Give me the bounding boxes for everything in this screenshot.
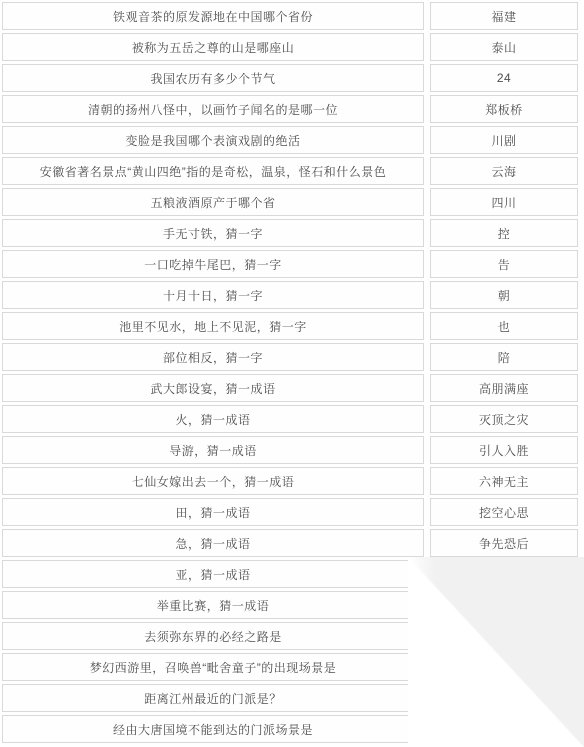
table-row: 田，猜一成语 挖空心思: [2, 498, 582, 526]
answer-cell: 引人入胜: [430, 436, 578, 464]
question-cell: 距离江州最近的门派是？: [2, 684, 424, 712]
question-text: 部位相反，猜一字: [163, 349, 263, 366]
table-row: 铁观音茶的原发源地在中国哪个省份 福建: [2, 2, 582, 30]
table-row: 变脸是我国哪个表演戏剧的绝活 川剧: [2, 126, 582, 154]
table-row: 一口吃掉牛尾巴，猜一字 告: [2, 250, 582, 278]
question-cell: 部位相反，猜一字: [2, 343, 424, 371]
table-row: 急，猜一成语 争先恐后: [2, 529, 582, 557]
answer-cell: 四川: [430, 188, 578, 216]
answer-text: 告: [498, 256, 511, 273]
answer-text: 川剧: [491, 132, 516, 149]
question-cell: 经由大唐国境不能到达的门派场景是: [2, 715, 424, 743]
answer-text: 云海: [491, 163, 516, 180]
question-text: 五粮液酒原产于哪个省: [150, 194, 275, 211]
question-text: 池里不见水，地上不见泥，猜一字: [119, 318, 307, 335]
table-row: 被称为五岳之尊的山是哪座山 泰山: [2, 33, 582, 61]
answer-text: 陪: [498, 349, 511, 366]
answer-text: 四川: [491, 194, 516, 211]
answer-text: 郑板桥: [485, 101, 523, 118]
answer-cell: 朝: [430, 281, 578, 309]
table-row: 池里不见水，地上不见泥，猜一字 也: [2, 312, 582, 340]
answer-cell: 告: [430, 250, 578, 278]
answer-text: 引人入胜: [479, 442, 529, 459]
question-text: 十月十日，猜一字: [163, 287, 263, 304]
table-row: 我国农历有多少个节气 24: [2, 64, 582, 92]
question-text: 被称为五岳之尊的山是哪座山: [132, 39, 295, 56]
question-text: 变脸是我国哪个表演戏剧的绝活: [125, 132, 300, 149]
question-text: 梦幻西游里，召唤兽“毗舍童子”的出现场景是: [90, 659, 337, 676]
answer-text: 朝: [498, 287, 511, 304]
question-text: 导游，猜一成语: [169, 442, 257, 459]
answer-text: 福建: [491, 8, 516, 25]
question-text: 距离江州最近的门派是？: [144, 690, 282, 707]
answer-cell: 挖空心思: [430, 498, 578, 526]
table-row: 武大郎设宴，猜一成语 高朋满座: [2, 374, 582, 402]
question-cell: 导游，猜一成语: [2, 436, 424, 464]
question-cell: 急，猜一成语: [2, 529, 424, 557]
answer-text: 控: [498, 225, 511, 242]
question-cell: 亚，猜一成语: [2, 560, 424, 588]
answer-cell: 福建: [430, 2, 578, 30]
answer-text: 灭顶之灾: [479, 411, 529, 428]
question-cell: 七仙女嫁出去一个，猜一成语: [2, 467, 424, 495]
question-cell: 我国农历有多少个节气: [2, 64, 424, 92]
question-text: 手无寸铁，猜一字: [163, 225, 263, 242]
answer-cell: 郑板桥: [430, 95, 578, 123]
answer-cell: 争先恐后: [430, 529, 578, 557]
question-text: 铁观音茶的原发源地在中国哪个省份: [113, 8, 313, 25]
answer-cell: 川剧: [430, 126, 578, 154]
question-cell: 一口吃掉牛尾巴，猜一字: [2, 250, 424, 278]
question-cell: 十月十日，猜一字: [2, 281, 424, 309]
answer-text: 泰山: [491, 39, 516, 56]
answer-cell: 陪: [430, 343, 578, 371]
question-text: 亚，猜一成语: [175, 566, 250, 583]
watermark-overlay: [408, 557, 584, 747]
table-row: 导游，猜一成语 引人入胜: [2, 436, 582, 464]
question-text: 七仙女嫁出去一个，猜一成语: [132, 473, 295, 490]
question-cell: 去须弥东界的必经之路是: [2, 622, 424, 650]
question-cell: 池里不见水，地上不见泥，猜一字: [2, 312, 424, 340]
table-row: 五粮液酒原产于哪个省 四川: [2, 188, 582, 216]
question-text: 清朝的扬州八怪中，以画竹子闻名的是哪一位: [88, 101, 338, 118]
question-text: 急，猜一成语: [175, 535, 250, 552]
answer-text: 也: [498, 318, 511, 335]
question-text: 武大郎设宴，猜一成语: [150, 380, 275, 397]
answer-text: 争先恐后: [479, 535, 529, 552]
question-cell: 武大郎设宴，猜一成语: [2, 374, 424, 402]
question-cell: 举重比赛，猜一成语: [2, 591, 424, 619]
answer-cell: 高朋满座: [430, 374, 578, 402]
question-cell: 田，猜一成语: [2, 498, 424, 526]
answer-cell: 24: [430, 64, 578, 92]
question-cell: 铁观音茶的原发源地在中国哪个省份: [2, 2, 424, 30]
table-row: 清朝的扬州八怪中，以画竹子闻名的是哪一位 郑板桥: [2, 95, 582, 123]
answer-text: 高朋满座: [479, 380, 529, 397]
question-cell: 变脸是我国哪个表演戏剧的绝活: [2, 126, 424, 154]
table-row: 七仙女嫁出去一个，猜一成语 六神无主: [2, 467, 582, 495]
table-row: 安徽省著名景点“黄山四绝”指的是奇松，温泉，怪石和什么景色 云海: [2, 157, 582, 185]
question-text: 火，猜一成语: [175, 411, 250, 428]
question-cell: 安徽省著名景点“黄山四绝”指的是奇松，温泉，怪石和什么景色: [2, 157, 424, 185]
answer-cell: 泰山: [430, 33, 578, 61]
question-text: 安徽省著名景点“黄山四绝”指的是奇松，温泉，怪石和什么景色: [40, 163, 387, 180]
answer-cell: 灭顶之灾: [430, 405, 578, 433]
question-text: 我国农历有多少个节气: [150, 70, 275, 87]
answer-cell: 也: [430, 312, 578, 340]
question-cell: 五粮液酒原产于哪个省: [2, 188, 424, 216]
answer-cell: 云海: [430, 157, 578, 185]
question-text: 去须弥东界的必经之路是: [144, 628, 282, 645]
question-cell: 清朝的扬州八怪中，以画竹子闻名的是哪一位: [2, 95, 424, 123]
question-text: 经由大唐国境不能到达的门派场景是: [113, 721, 313, 738]
question-text: 举重比赛，猜一成语: [157, 597, 270, 614]
question-cell: 梦幻西游里，召唤兽“毗舍童子”的出现场景是: [2, 653, 424, 681]
question-cell: 手无寸铁，猜一字: [2, 219, 424, 247]
table-row: 火，猜一成语 灭顶之灾: [2, 405, 582, 433]
question-text: 一口吃掉牛尾巴，猜一字: [144, 256, 282, 273]
table-row: 手无寸铁，猜一字 控: [2, 219, 582, 247]
question-cell: 被称为五岳之尊的山是哪座山: [2, 33, 424, 61]
answer-text: 挖空心思: [479, 504, 529, 521]
question-cell: 火，猜一成语: [2, 405, 424, 433]
answer-text: 六神无主: [479, 473, 529, 490]
table-row: 十月十日，猜一字 朝: [2, 281, 582, 309]
answer-text: 24: [497, 71, 511, 85]
question-text: 田，猜一成语: [175, 504, 250, 521]
table-row: 部位相反，猜一字 陪: [2, 343, 582, 371]
answer-cell: 六神无主: [430, 467, 578, 495]
answer-cell: 控: [430, 219, 578, 247]
